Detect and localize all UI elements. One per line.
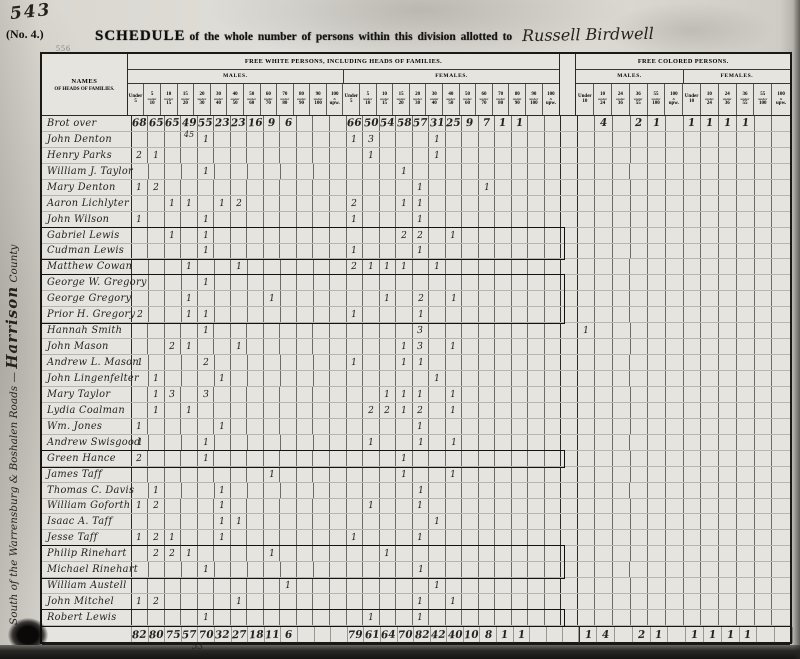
grid-cell [737,196,755,211]
grid-cell [280,594,297,609]
grid-cell [313,530,330,545]
grid-cell [545,499,562,514]
grid-cell [313,244,330,259]
table-row: Wm. Jones111 [42,419,790,435]
age-column-header: 100&upw. [772,84,790,115]
grid-cell [181,610,198,625]
grid-cell [613,419,631,434]
grid-cell [577,451,595,466]
tally-mark: 25 [446,116,463,131]
grid-cell [755,387,773,402]
grid-cell [666,148,684,163]
grid-cell [684,291,702,306]
grid-cell [701,339,719,354]
grid-cell [772,483,790,498]
grid-cell [613,562,631,577]
grid-cell [165,307,182,322]
grid-cell [330,228,347,243]
grid-cell [648,244,666,259]
grid-cell [684,323,702,338]
grid-cell [297,387,314,402]
grid-cell [528,307,545,322]
head-of-family-name: John Mason [47,341,109,352]
table-row: Green Hance211 [42,451,790,467]
grid-cell [330,435,347,450]
tally-mark: 3 [413,323,430,338]
white-age-headers: Under55under1010under1515under2020under3… [128,84,559,115]
tally-mark: 1 [396,259,413,274]
grid-cell [528,594,545,609]
tally-mark: 1 [413,355,430,370]
grid-cell [281,371,298,386]
grid-cell [495,275,512,290]
grid-cell [577,355,595,370]
grid-cell [631,499,649,514]
tally-mark: 40 [447,627,464,643]
grid-cell [446,275,463,290]
grid-cell [429,610,446,625]
table-row: Matthew Cowan1121111 [42,259,790,275]
head-of-family-name: Jesse Taff [47,532,98,543]
grid-cell [132,610,149,625]
grid-cell [165,578,182,593]
grid-cell [528,339,545,354]
tally-mark: 1 [413,435,430,450]
grid-cell [148,610,165,625]
grid-cell [280,467,297,482]
grid-cell [561,148,577,163]
grid-cell: Andrew L. Mason [42,355,132,370]
grid-cell [181,212,198,227]
grid-cell: Wm. Jones [42,419,132,434]
age-column-header: 90under100 [526,84,543,115]
grid-cell [772,578,790,593]
grid-cell [561,228,577,243]
grid-cell [528,323,545,338]
colored-males-label: MALES. [576,70,683,83]
grid-cell [363,307,380,322]
grid-cell [495,132,512,147]
grid-cell [380,578,397,593]
grid-cell [495,435,512,450]
grid-cell [479,259,496,274]
grid-cell [182,562,199,577]
grid-cell [429,403,446,418]
grid-cell [737,483,755,498]
grid-cell [495,212,512,227]
grid-cell [462,435,479,450]
grid-cell [198,339,215,354]
tally-mark: 1 [380,291,397,306]
grid-cell [347,546,364,561]
grid-cell [330,562,347,577]
grid-cell [719,164,737,179]
grid-cell [631,530,649,545]
grid-cell [396,483,413,498]
grid-cell [512,180,529,195]
grid-cell [512,514,529,529]
grid-cell [380,196,397,211]
grid-cell [528,419,545,434]
grid-cell [595,403,613,418]
grid-cell [684,514,702,529]
table-row: William Austell11 [42,578,790,594]
grid-cell [561,387,577,402]
grid-cell [413,148,430,163]
grid-cell [214,244,231,259]
grid-cell [666,244,684,259]
tally-mark: 1 [413,307,430,322]
grid-cell [631,323,649,338]
grid-cell [396,244,413,259]
grid-cell [330,451,347,466]
grid-cell [396,371,413,386]
grid-cell [347,387,364,402]
grid-cell [666,562,684,577]
head-of-family-name: Andrew Swisgood [47,437,141,448]
grid-cell [631,610,649,625]
grid-cell [446,578,463,593]
grid-cell [396,499,413,514]
grid-cell [528,164,545,179]
grid-cell [512,164,529,179]
grid-cell [577,387,595,402]
grid-cell [297,259,314,274]
table-row: Mary Denton1211 [42,180,790,196]
grid-cell [479,467,496,482]
grid-cell [719,499,737,514]
grid-cell [446,180,463,195]
grid-cell [429,435,446,450]
grid-cell [737,499,755,514]
grid-cell [737,514,755,529]
grid-cell [247,387,264,402]
grid-cell [772,275,790,290]
table-row: Thomas C. Davis111 [42,483,790,499]
grid-cell [214,132,231,147]
grid-cell [446,307,463,322]
table-row: Philip Rinehart22111 [42,546,790,562]
grid-cell [528,578,545,593]
grid-cell [495,244,512,259]
tally-mark: 42 [431,627,448,643]
head-of-family-name: Thomas C. Davis [47,485,134,496]
grid-cell [701,323,719,338]
grid-cell [684,578,702,593]
white-males-label: MALES. [128,70,344,83]
grid-cell [165,132,182,147]
grid-cell [737,594,755,609]
grid-cell [314,291,331,306]
grid-cell [719,307,737,322]
tally-mark: 1 [198,323,215,338]
grid-cell [512,578,529,593]
grid-cell [648,132,666,147]
grid-cell [701,499,719,514]
grid-cell [280,148,297,163]
grid-cell [347,275,364,290]
grid-cell [429,307,446,322]
grid-cell [772,610,790,625]
table-row: Prior H. Gregory21111 [42,307,790,323]
grid-cell [446,562,463,577]
grid-cell [772,339,790,354]
grid-cell [545,339,562,354]
grid-cell [684,148,702,163]
grid-cell [264,562,281,577]
grid-cell [214,148,231,163]
grid-cell [684,355,702,370]
tally-mark: 79 [348,627,365,643]
tally-mark: 1 [413,594,430,609]
totals-row-line: 8280755770322718116796164708242401081114… [42,627,793,643]
tally-mark: 1 [198,132,215,147]
grid-cell [313,594,330,609]
grid-cell [231,419,248,434]
grid-cell [755,291,773,306]
grid-cell [772,546,790,561]
grid-cell [512,371,529,386]
grid-cell [545,148,562,163]
grid-cell [297,483,314,498]
grid-cell [380,371,397,386]
grid-cell [737,148,755,163]
grid-cell [547,627,564,643]
grid-cell [495,196,512,211]
grid-cell [331,627,348,643]
grid-cell [148,451,165,466]
grid-cell [772,355,790,370]
tally-mark: 1 [413,499,430,514]
tally-mark: 1 [363,259,380,274]
tally-mark: 1 [214,419,231,434]
tally-mark: 65 [165,116,182,131]
grid-cell [149,435,166,450]
grid-cell [666,514,684,529]
grid-cell [545,116,562,131]
grid-cell [380,610,397,625]
grid-cell [363,275,380,290]
grid-cell [755,578,773,593]
grid-cell [684,562,702,577]
grid-cell: Robert Lewis [42,610,132,625]
grid-cell [264,355,281,370]
grid-cell [613,148,631,163]
grid-cell [413,514,430,529]
grid-cell [132,371,149,386]
grid-cell [772,499,790,514]
grid-cell [528,387,545,402]
head-of-family-name: Green Hance [47,453,116,464]
grid-cell [648,259,666,274]
grid-cell [314,259,331,274]
grid-cell [280,228,297,243]
grid-cell [648,514,666,529]
grid-cell [330,164,347,179]
tally-mark: 1 [132,419,149,434]
tally-mark: 80 [149,627,166,643]
grid-cell [132,578,149,593]
grid-cell [666,435,684,450]
grid-cell [429,180,446,195]
grid-cell [479,244,496,259]
grid-cell [247,339,264,354]
grid-cell [648,610,666,625]
grid-cell [630,483,648,498]
grid-cell [363,562,380,577]
grid-cell [577,546,595,561]
grid-cell [577,435,595,450]
grid-cell [149,307,166,322]
grid-cell [545,562,562,577]
grid-cell [648,578,666,593]
grid-cell [429,228,446,243]
grid-cell [462,291,479,306]
tally-mark: 82 [132,627,149,643]
grid-cell [772,180,790,195]
grid-cell [577,578,595,593]
grid-cell [737,578,755,593]
grid-cell [631,578,649,593]
grid-cell [330,244,347,259]
tally-mark: 10 [464,627,481,643]
grid-cell [719,244,737,259]
grid-cell [545,403,562,418]
grid-cell [719,339,737,354]
grid-cell: George Gregory [42,291,132,306]
grid-cell [701,196,719,211]
grid-cell [148,323,165,338]
grid-cell [363,212,380,227]
grid-cell [462,355,479,370]
grid-cell [613,275,631,290]
grid-cell [313,116,330,131]
tally-mark: 1 [182,291,199,306]
grid-cell [512,403,529,418]
grid-cell [772,594,790,609]
grid-cell: John Wilson [42,212,132,227]
grid-cell [737,562,755,577]
tally-mark: 1 [198,275,215,290]
grid-cell [363,244,380,259]
tally-mark: 2 [347,259,364,274]
tally-mark: 1 [181,196,198,211]
grid-cell [701,259,719,274]
grid-cell [666,196,684,211]
grid-cell [648,371,666,386]
grid-cell [297,578,314,593]
grid-cell [363,514,380,529]
grid-cell [396,180,413,195]
tally-mark: 2 [413,403,430,418]
grid-cell [363,546,380,561]
grid-cell [396,275,413,290]
grid-cell [755,259,773,274]
tally-mark: 1 [396,467,413,482]
grid-cell [247,228,264,243]
tally-mark: 1 [413,387,430,402]
grid-cell [446,530,463,545]
grid-cell [495,610,512,625]
grid-cell [701,451,719,466]
grid-cell [561,403,577,418]
grid-cell [577,483,595,498]
age-column-header: 10under15 [377,84,394,115]
grid-cell [264,594,281,609]
schedule-word: SCHEDULE [95,28,186,44]
grid-cell [264,180,281,195]
grid-cell [165,514,182,529]
grid-cell [281,291,298,306]
grid-cell [231,291,248,306]
tally-mark: 23 [214,116,231,131]
grid-cell: John Mason [42,339,132,354]
grid-cell [413,578,430,593]
tally-mark: 66 [347,116,364,131]
tally-mark: 18 [248,627,265,643]
grid-cell [701,180,719,195]
grid-cell [330,355,347,370]
grid-cell [613,339,631,354]
grid-cell [314,371,331,386]
grid-cell [631,339,649,354]
grid-cell [247,148,264,163]
margin-note-end: County [8,245,20,286]
grid-cell [330,578,347,593]
grid-cell [528,180,545,195]
grid-cell [413,451,430,466]
grid-cell [363,483,380,498]
grid-cell [595,467,613,482]
grid-cell [719,467,737,482]
grid-cell [545,228,562,243]
grid-cell [148,196,165,211]
grid-cell [755,132,773,147]
grid-cell [595,291,613,306]
grid-cell [298,627,315,643]
grid-cell [215,164,232,179]
scan-edge [0,645,800,659]
grid-cell [330,339,347,354]
tally-mark: 1 [198,562,215,577]
grid-cell [198,419,215,434]
grid-cell [577,180,595,195]
grid-cell [666,546,684,561]
grid-cell [297,307,314,322]
grid-cell [666,323,684,338]
age-column-header: 50under60 [460,84,477,115]
grid-cell [701,212,719,227]
grid-cell: William Austell [42,578,132,593]
grid-cell [613,514,631,529]
grid-cell [666,132,684,147]
tally-mark: 1 [264,291,281,306]
grid-cell [148,419,165,434]
grid-cell [462,499,479,514]
grid-cell [132,259,149,274]
grid-cell [165,291,182,306]
age-column-header: Under5 [128,84,145,115]
grid-cell [595,562,613,577]
grid-cell [512,307,529,322]
grid-cell [446,148,463,163]
grid-cell [313,132,330,147]
grid-cell [495,339,512,354]
table-body: Brot over6865654945552323169666505458573… [42,116,790,626]
grid-cell [198,483,215,498]
grid-cell [577,228,595,243]
grid-cell [380,451,397,466]
